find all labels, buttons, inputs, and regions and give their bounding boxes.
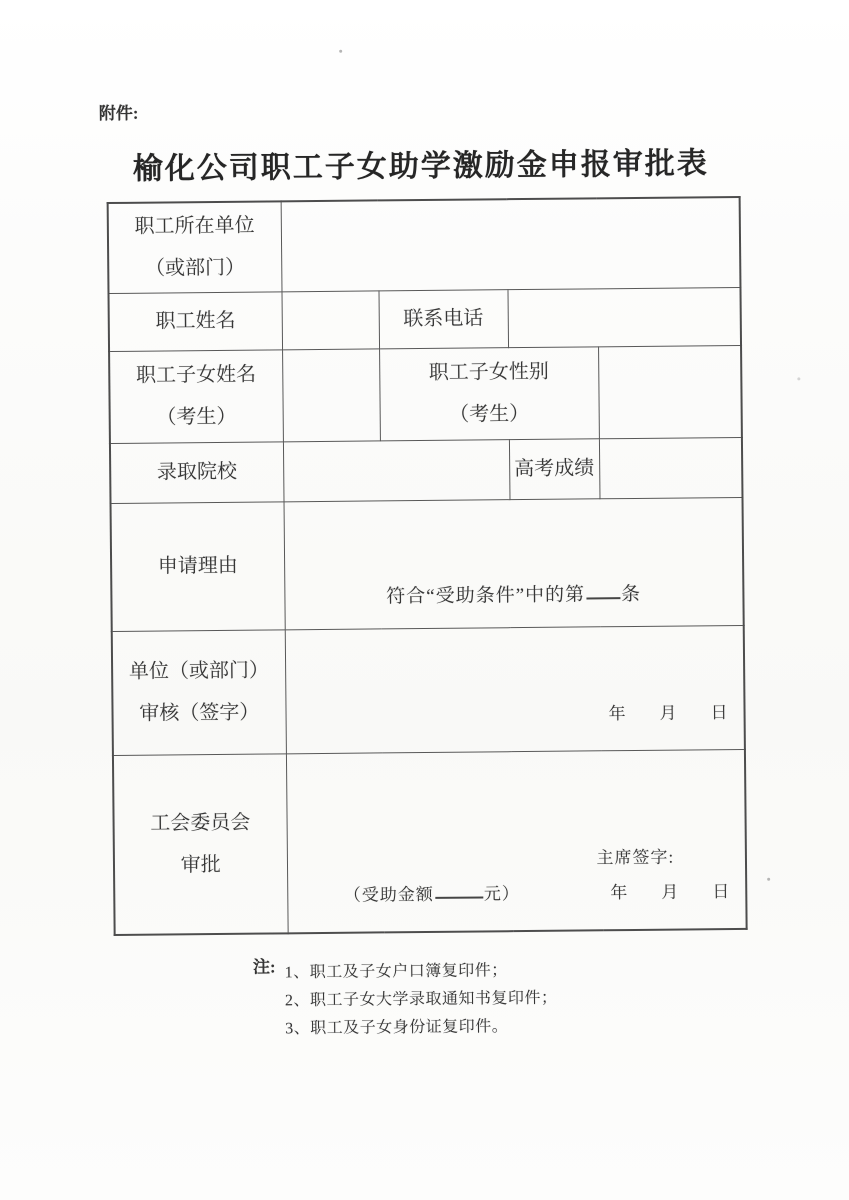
notes-label: 注: [253,952,276,1038]
chairman-signature-label: 主席签字: [596,842,674,868]
union-approval-label: 工会委员会 审批 [113,753,288,935]
scanned-document-page: 附件: 榆化公司职工子女助学激励金申报审批表 职工所在单位 （或部门） 职工姓名… [0,0,849,1200]
department-review-cell: 年月日 [285,625,745,753]
scan-speck [797,377,800,380]
child-name-label: 职工子女姓名 （考生） [109,349,283,443]
row-admission-school: 录取院校 高考成绩 [110,437,743,503]
contact-phone-value-cell [507,287,741,347]
department-review-label: 单位（或部门） 审核（签字） [112,629,286,755]
scan-speck [767,878,770,881]
row-child-name: 职工子女姓名 （考生） 职工子女性别 （考生） [109,345,742,443]
scan-speck [339,50,342,53]
row-employee-name: 职工姓名 联系电话 [108,287,741,351]
fill-in-blank [586,596,620,599]
row-application-reason: 申请理由 符合“受助条件”中的第条 [111,497,744,631]
approval-date-line: 年月日 [610,877,729,903]
employee-unit-value-cell [281,197,741,291]
application-reason-cell: 符合“受助条件”中的第条 [284,497,744,629]
admission-school-value-cell [283,439,510,501]
note-item: 3、职工及子女身份证复印件。 [285,1013,558,1039]
employee-name-label: 职工姓名 [108,291,282,351]
form-title: 榆化公司职工子女助学激励金申报审批表 [0,137,845,189]
fill-in-blank [435,895,483,898]
employee-unit-label: 职工所在单位 （或部门） [108,201,282,293]
exam-score-value-cell [599,437,743,498]
row-union-approval: 工会委员会 审批 主席签字: （受助金额元） 年月日 [113,749,747,935]
employee-name-value-cell [281,290,379,349]
child-name-value-cell [282,348,380,441]
notes-list: 1、职工及子女户口簿复印件； 2、职工子女大学录取通知书复印件； 3、职工及子女… [285,950,558,1039]
review-date-line: 年月日 [608,698,727,724]
attachment-label: 附件: [99,99,139,124]
union-approval-cell: 主席签字: （受助金额元） 年月日 [286,749,747,933]
form-sheet: 附件: 榆化公司职工子女助学激励金申报审批表 职工所在单位 （或部门） 职工姓名… [0,0,849,1200]
child-gender-value-cell [598,345,742,438]
row-employee-unit: 职工所在单位 （或部门） [108,197,741,293]
application-form-table: 职工所在单位 （或部门） 职工姓名 联系电话 职工子女姓名 （考生） 职工子女性… [107,196,748,936]
note-item: 2、职工子女大学录取通知书复印件； [285,985,558,1011]
grant-amount-line: （受助金额元） [344,879,520,906]
admission-school-label: 录取院校 [110,441,284,503]
row-department-review: 单位（或部门） 审核（签字） 年月日 [112,625,745,755]
reason-condition-line: 符合“受助条件”中的第条 [285,577,743,608]
application-reason-label: 申请理由 [111,501,285,631]
notes-section: 注: 1、职工及子女户口簿复印件； 2、职工子女大学录取通知书复印件； 3、职工… [253,950,558,1039]
child-gender-label: 职工子女性别 （考生） [379,346,599,440]
exam-score-label: 高考成绩 [509,438,600,499]
note-item: 1、职工及子女户口簿复印件； [285,957,558,983]
contact-phone-label: 联系电话 [378,289,508,348]
